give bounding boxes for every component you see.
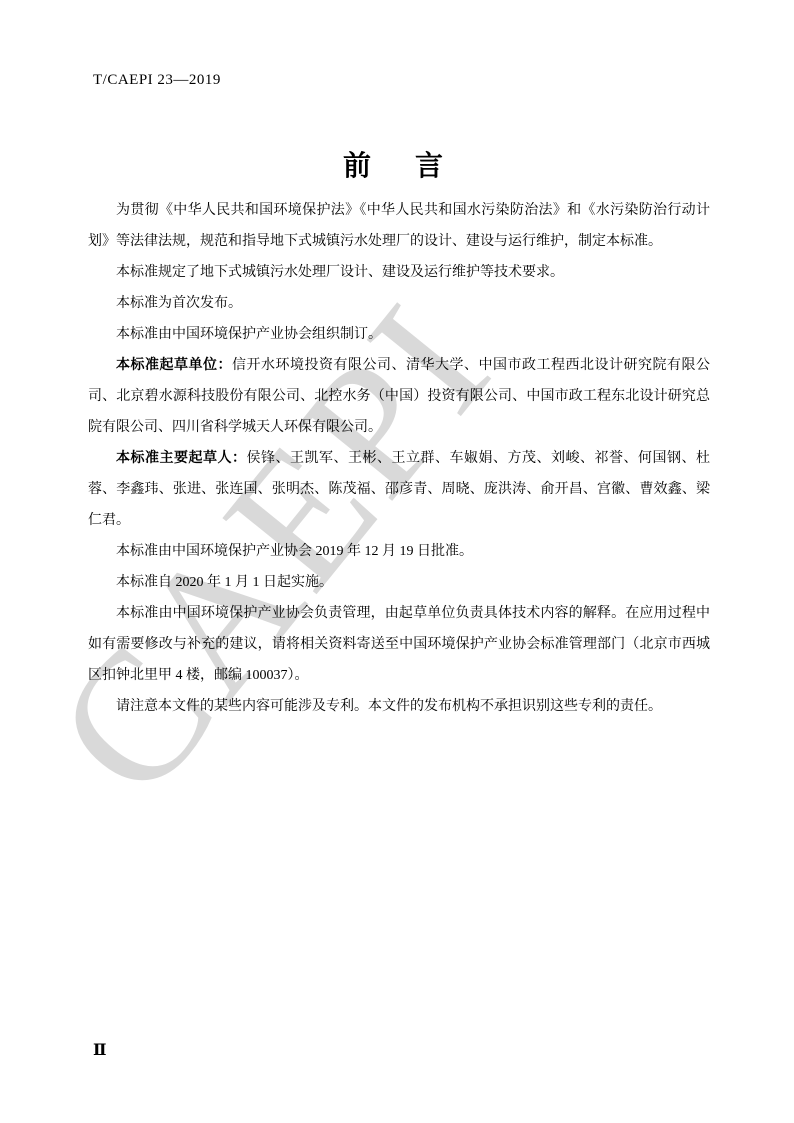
paragraph-scope: 本标准规定了地下式城镇污水处理厂设计、建设及运行维护等技术要求。 <box>88 257 710 288</box>
paragraph-text: 为贯彻《中华人民共和国环境保护法》《中华人民共和国水污染防治法》和《水污染防治行… <box>88 203 710 249</box>
page-number: Ⅱ <box>93 1040 106 1060</box>
paragraph-text: 本标准为首次发布。 <box>116 296 242 311</box>
paragraph-text: 本标准自 2020 年 1 月 1 日起实施。 <box>116 575 333 590</box>
paragraph-patent-notice: 请注意本文件的某些内容可能涉及专利。本文件的发布机构不承担识别这些专利的责任。 <box>88 691 710 722</box>
paragraph-text: 本标准由中国环境保护产业协会负责管理，由起草单位负责具体技术内容的解释。在应用过… <box>88 606 710 683</box>
paragraph-first-issue: 本标准为首次发布。 <box>88 288 710 319</box>
drafting-units-label: 本标准起草单位： <box>116 358 232 373</box>
paragraph-purpose: 为贯彻《中华人民共和国环境保护法》《中华人民共和国水污染防治法》和《水污染防治行… <box>88 195 710 257</box>
document-page: CAEPI T/CAEPI 23—2019 前 言 为贯彻《中华人民共和国环境保… <box>0 0 794 1123</box>
paragraph-text: 本标准由中国环境保护产业协会 2019 年 12 月 19 日批准。 <box>116 544 473 559</box>
paragraph-effective-date: 本标准自 2020 年 1 月 1 日起实施。 <box>88 567 710 598</box>
page-title: 前 言 <box>0 144 794 184</box>
doc-number: T/CAEPI 23—2019 <box>93 72 221 89</box>
main-drafters-label: 本标准主要起草人： <box>116 451 247 466</box>
foreword-body: 为贯彻《中华人民共和国环境保护法》《中华人民共和国水污染防治法》和《水污染防治行… <box>88 195 710 722</box>
paragraph-drafting-units: 本标准起草单位：信开水环境投资有限公司、清华大学、中国市政工程西北设计研究院有限… <box>88 350 710 443</box>
paragraph-main-drafters: 本标准主要起草人：侯锋、王凯军、王彬、王立群、车婌娟、方茂、刘峻、祁誉、何国钢、… <box>88 443 710 536</box>
paragraph-text: 本标准规定了地下式城镇污水处理厂设计、建设及运行维护等技术要求。 <box>116 265 564 280</box>
paragraph-organizer: 本标准由中国环境保护产业协会组织制订。 <box>88 319 710 350</box>
paragraph-text: 请注意本文件的某些内容可能涉及专利。本文件的发布机构不承担识别这些专利的责任。 <box>116 699 662 714</box>
paragraph-management: 本标准由中国环境保护产业协会负责管理，由起草单位负责具体技术内容的解释。在应用过… <box>88 598 710 691</box>
paragraph-text: 本标准由中国环境保护产业协会组织制订。 <box>116 327 382 342</box>
paragraph-approval-date: 本标准由中国环境保护产业协会 2019 年 12 月 19 日批准。 <box>88 536 710 567</box>
